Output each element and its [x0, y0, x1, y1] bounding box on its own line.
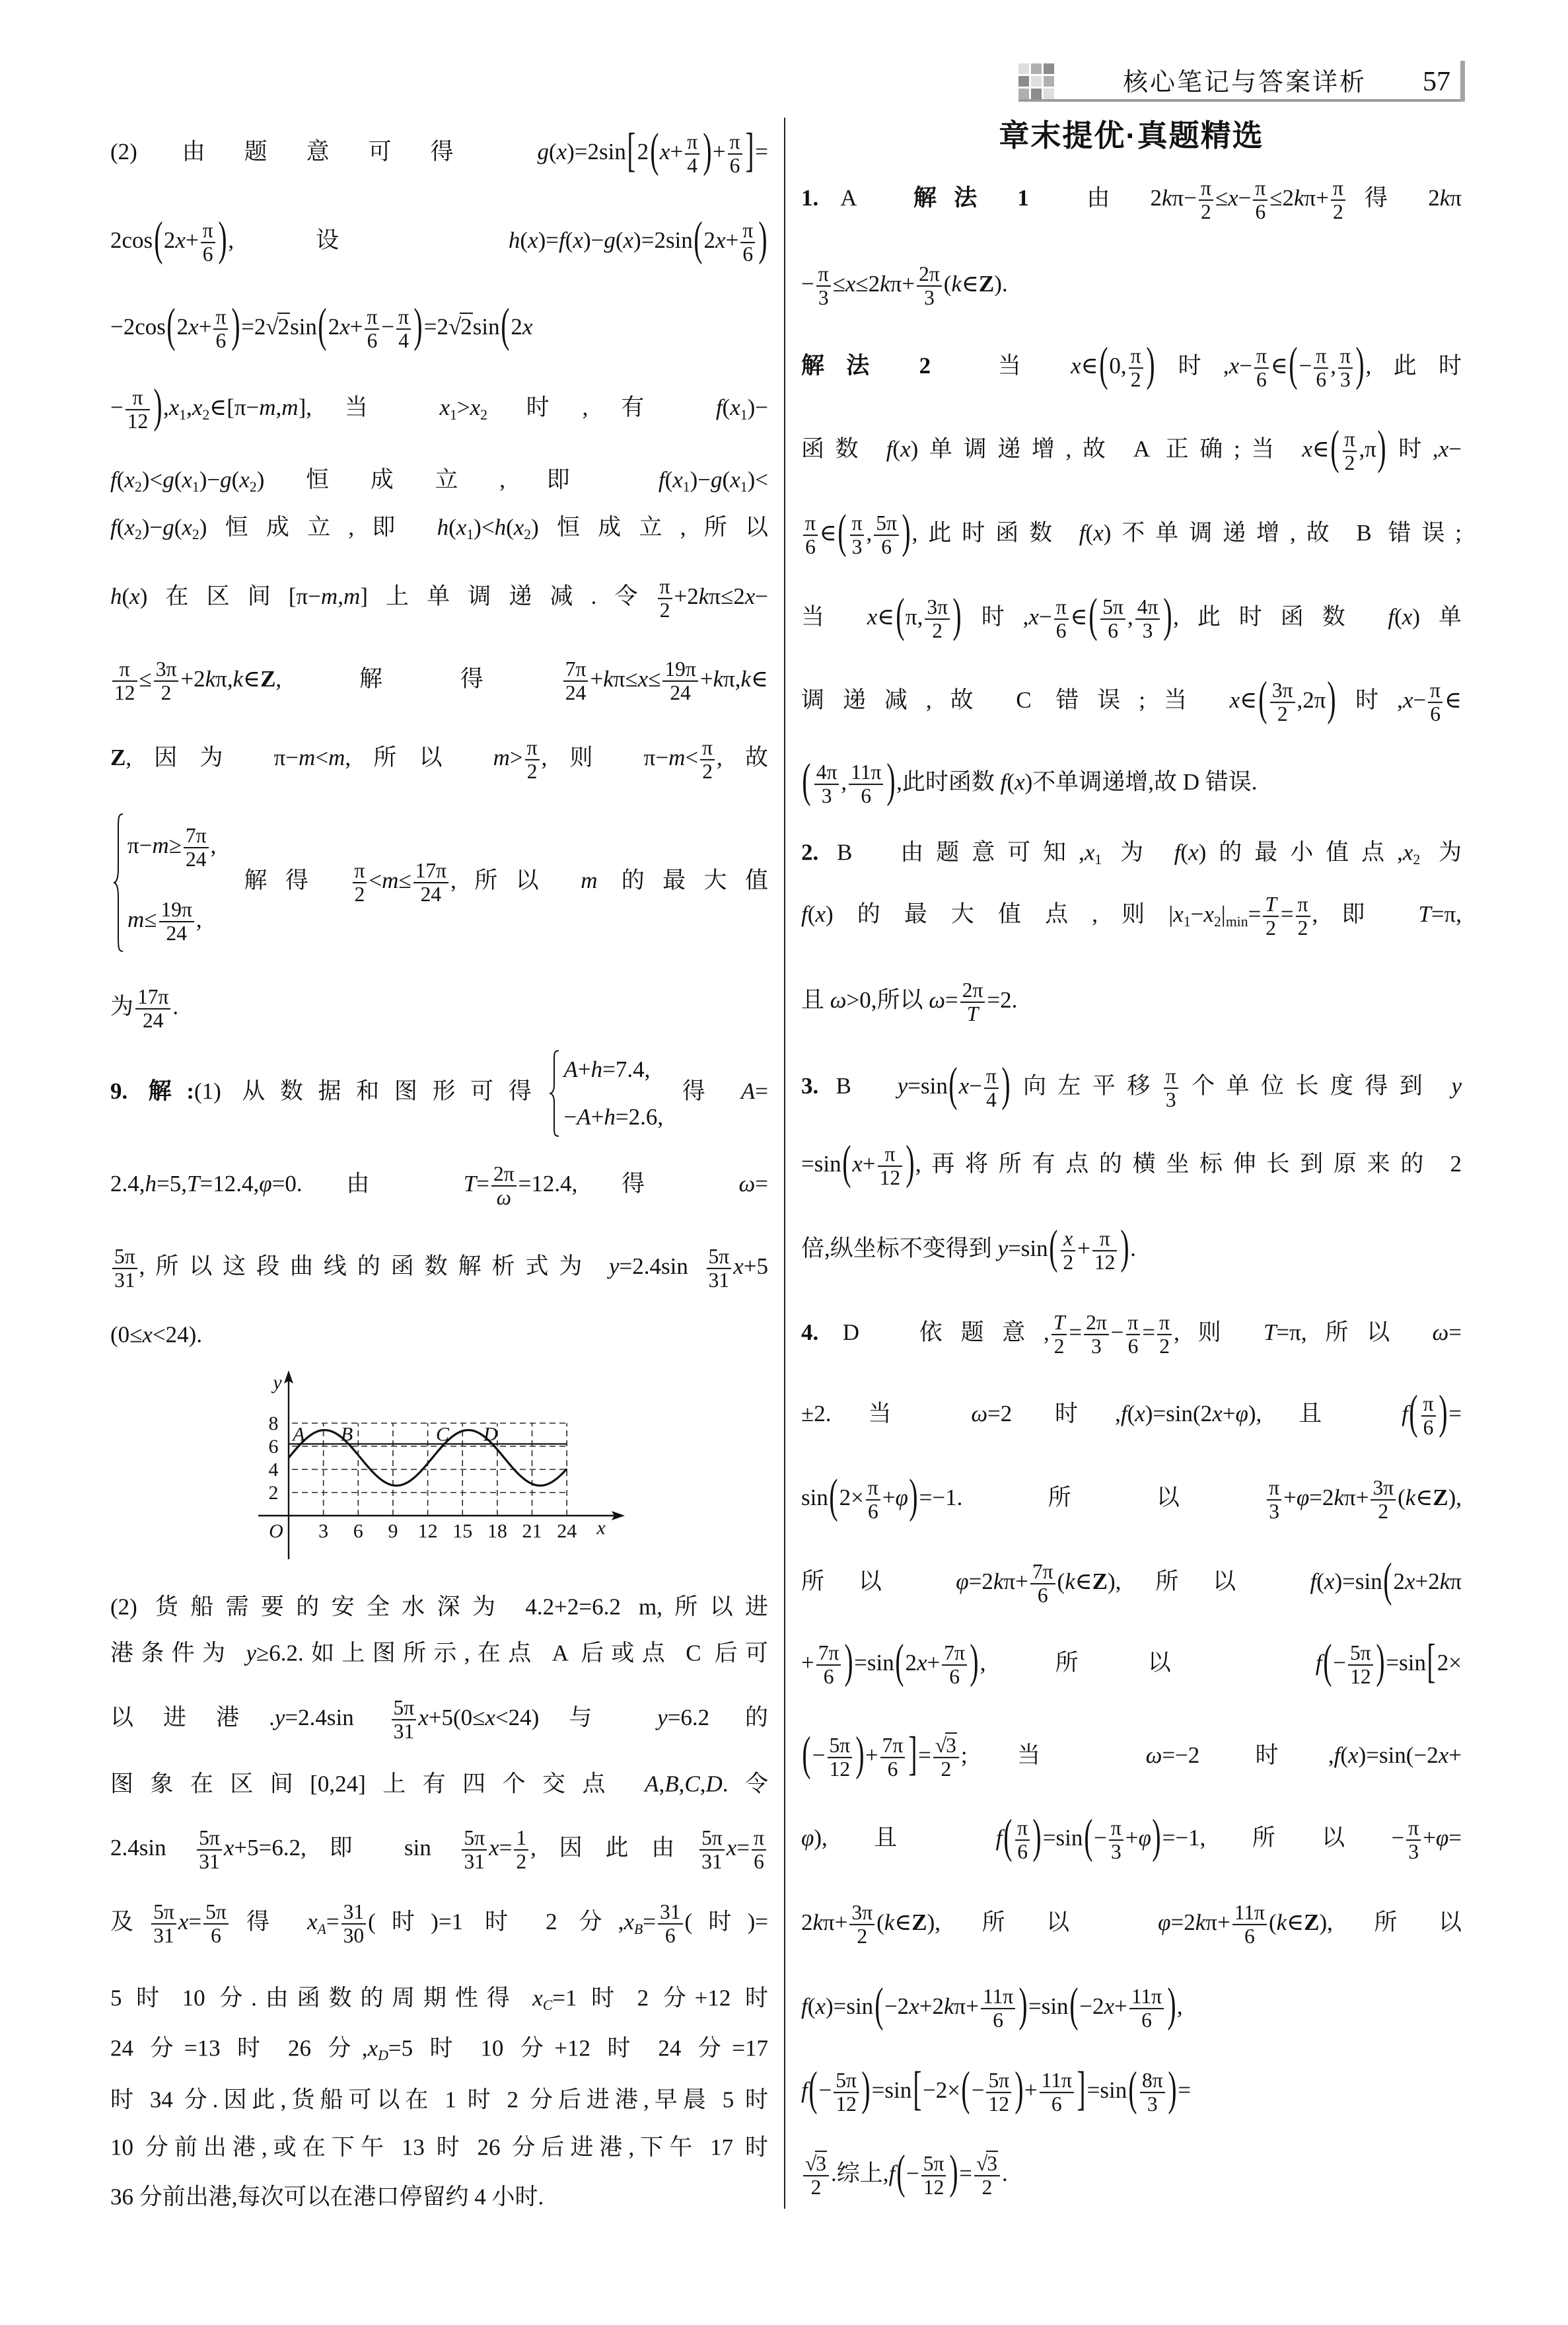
fraction: π6: [365, 307, 379, 351]
math-variable: x: [1135, 1401, 1145, 1426]
math-variable: k: [603, 666, 614, 692]
x-tick-label: 3: [318, 1520, 328, 1542]
math-variable: g: [537, 139, 549, 165]
math-variable: x: [638, 666, 649, 692]
math-variable: k: [233, 666, 244, 692]
intersection-label: A: [291, 1423, 305, 1445]
math-variable: φ: [1235, 1401, 1248, 1426]
fraction-denominator: 6: [1040, 2093, 1074, 2115]
fraction-numerator: T: [1051, 1312, 1067, 1335]
math-variable: x: [1212, 1401, 1223, 1426]
equation-row: π−m≥7π24,: [127, 813, 216, 879]
big-paren: ): [1163, 592, 1172, 640]
fraction-numerator: 3π: [1371, 1477, 1396, 1500]
big-paren: ): [153, 383, 162, 430]
fraction-numerator: π: [1164, 1066, 1178, 1089]
fraction-numerator: 7π: [816, 1642, 841, 1666]
fraction: π6: [752, 1827, 766, 1872]
big-paren: ): [1018, 1981, 1027, 2029]
fraction-numerator: 11π: [849, 762, 883, 785]
fraction-denominator: 6: [803, 536, 818, 558]
subscript: min: [1226, 914, 1248, 930]
big-bracket: [: [627, 127, 636, 174]
math-variable: f: [1174, 839, 1181, 865]
fraction-denominator: 2: [658, 599, 672, 621]
fraction-denominator: 3: [816, 287, 831, 309]
fraction-numerator: 7π: [942, 1642, 967, 1666]
fraction-denominator: 6: [1015, 1841, 1030, 1863]
text-line: =sin(x+π12),再将所有点的横坐标伸长到原来的 2: [801, 1142, 1462, 1190]
fraction: 5π6: [1100, 597, 1125, 642]
text-line: f(−5π12)=sin[−2×(−5π12)+11π6]=sin(8π3)=: [801, 2069, 1462, 2116]
fraction-denominator: 3: [1084, 1335, 1109, 1357]
big-paren: ): [1168, 2065, 1176, 2113]
math-variable: x: [224, 1835, 234, 1861]
math-variable: x: [1071, 353, 1081, 379]
math-variable: x: [1228, 185, 1238, 211]
text-line: 10 分前出港,或在下午 13 时 26 分后进港,下午 17 时: [110, 2132, 768, 2162]
fraction-denominator: 31: [699, 1851, 725, 1872]
fraction: √32: [803, 2153, 829, 2198]
fraction: π12: [878, 1144, 903, 1189]
text-line: f(x)的最大值点,则|x1−x2|min=T2=π2,即 T=π,: [801, 894, 1462, 939]
math-variable: A: [741, 1078, 755, 1104]
bold-text: Z: [110, 745, 125, 770]
x-tick-label: 6: [353, 1520, 363, 1542]
text-line: sin(2×π6+φ)=−1.所以π3+φ=2kπ+3π2(k∈Z),: [801, 1476, 1462, 1524]
big-paren: ): [844, 1638, 853, 1685]
big-paren: (: [1323, 1638, 1332, 1685]
math-variable: f: [1388, 604, 1394, 630]
big-paren: ): [1146, 341, 1155, 388]
text-line: 2cos(2x+π6),设 h(x)=f(x)−g(x)=2sin(2x+π6): [110, 219, 768, 266]
bold-text: Z: [1092, 1568, 1108, 1594]
math-variable: ω: [929, 987, 945, 1013]
fraction: 5π31: [197, 1827, 222, 1872]
fraction-numerator: π: [1406, 1818, 1421, 1841]
fraction: 5π12: [834, 2070, 859, 2115]
math-variable: m: [321, 583, 338, 609]
fraction-denominator: 12: [986, 2093, 1011, 2115]
math-variable: g: [220, 466, 232, 492]
math-variable: A: [645, 1771, 659, 1796]
fraction: 5π6: [203, 1901, 229, 1946]
math-variable: x: [1063, 1227, 1073, 1250]
big-paren: (: [874, 1981, 883, 2029]
fraction-numerator: 5π: [112, 1246, 137, 1269]
text-line: f(x)=sin(−2x+2kπ+11π6)=sin(−2x+11π6),: [801, 1985, 1462, 2032]
big-paren: (: [694, 215, 703, 263]
text-line: 港条件为 y≥6.2.如上图所示,在点 A 后或点 C 后可: [110, 1638, 768, 1668]
radical-sign-icon: √: [266, 314, 278, 340]
bold-text: 4.: [801, 1319, 818, 1345]
fraction: π6: [1253, 178, 1267, 223]
big-bracket: ]: [745, 127, 754, 174]
fraction-numerator: π: [1129, 346, 1143, 369]
big-paren: (: [167, 302, 176, 350]
bold-text: 解法 1: [913, 185, 1029, 211]
big-paren: (: [1289, 341, 1298, 388]
equation-row: A+h=7.4,: [563, 1050, 663, 1089]
subscript: 2: [1214, 914, 1221, 930]
big-paren: (: [949, 1061, 958, 1109]
math-variable: φ: [1158, 1909, 1170, 1935]
fraction-denominator: 6: [942, 1666, 967, 1687]
text-line: −π3≤x≤2kπ+2π3(k∈Z).: [801, 264, 1462, 309]
math-variable: x: [815, 1993, 826, 2019]
text-line: 倍,纵坐标不变得到 y=sin(x2+π12).: [801, 1227, 1462, 1274]
fraction-denominator: 31: [197, 1851, 222, 1872]
math-variable: f: [110, 466, 117, 492]
math-variable: f: [1334, 1742, 1341, 1768]
document-page: 核心笔记与答案详析 57 章末提优·真题精选 (2) 由题意可得 g(x)=2s…: [0, 0, 1568, 2325]
fraction-numerator: π: [1267, 1477, 1281, 1500]
math-variable: x: [1439, 436, 1449, 462]
fraction: 12: [514, 1827, 528, 1872]
fraction-numerator: 5π: [707, 1246, 732, 1269]
big-paren: ): [703, 127, 711, 174]
text-line: 9. 解:(1) 从数据和图形可得A+h=7.4,−A+h=2.6,得 A=: [110, 1050, 768, 1137]
radicand: 2: [460, 313, 473, 340]
math-variable: x: [192, 394, 203, 420]
math-variable: x: [715, 227, 726, 253]
math-variable: h: [591, 1056, 603, 1082]
fraction: 7π24: [184, 825, 209, 870]
math-variable: x: [532, 1985, 543, 2011]
fraction: 5π31: [151, 1901, 176, 1946]
fraction-numerator: 3π: [1270, 680, 1295, 703]
fraction: 3130: [341, 1901, 367, 1946]
fraction-numerator: 7π: [184, 825, 209, 848]
big-paren: ): [906, 1139, 914, 1187]
big-paren: ): [1033, 1813, 1042, 1861]
math-variable: ω: [1433, 1319, 1449, 1345]
fraction-denominator: 2: [700, 760, 715, 782]
subscript: 2: [135, 479, 142, 495]
math-variable: x: [900, 436, 911, 462]
fraction-denominator: 2: [1343, 452, 1357, 474]
big-paren: ): [1439, 1389, 1447, 1436]
fraction-denominator: 24: [563, 682, 588, 704]
math-variable: k: [713, 666, 724, 692]
fraction-denominator: 3: [1164, 1089, 1178, 1111]
math-variable: f: [110, 514, 117, 540]
text-line: 调递减,故 C 错误;当 x∈(3π2,2π)时,x−π6∈: [801, 679, 1462, 726]
subscript: 2: [1413, 852, 1420, 867]
subscript: 2: [135, 527, 142, 542]
math-variable: y: [609, 1253, 620, 1279]
fraction-denominator: 6: [880, 1758, 906, 1780]
math-variable: k: [951, 271, 962, 297]
series-water-depth: [289, 1430, 567, 1486]
math-variable: x: [142, 1321, 153, 1347]
fraction: π2: [1129, 346, 1143, 390]
math-variable: C: [684, 1771, 699, 1796]
radicand: 2: [277, 313, 291, 340]
text-line: 5π31,所以这段曲线的函数解析式为 y=2.4sin 5π31x+5: [110, 1246, 768, 1291]
subscript: 2: [202, 407, 209, 423]
fraction-numerator: π: [125, 387, 151, 410]
text-line: 以进港.y=2.4sin 5π31x+5(0≤x<24)与 y=6.2 的: [110, 1697, 768, 1742]
fraction-numerator: π: [752, 1827, 766, 1851]
math-variable: A: [577, 1104, 590, 1130]
bold-text: Z: [979, 271, 994, 297]
fraction: π2: [700, 737, 715, 782]
fraction: π6: [1314, 346, 1328, 390]
fraction-numerator: π: [1421, 1393, 1436, 1417]
fraction: 4π3: [1135, 597, 1160, 642]
fraction-denominator: 2: [1270, 703, 1295, 725]
math-variable: y: [1451, 1073, 1462, 1099]
math-variable: k: [993, 1568, 1004, 1594]
text-line: Z,因为 π−m<m,所以 m>π2,则 π−m<π2,故: [110, 737, 768, 782]
subscript: 1: [740, 407, 748, 423]
fraction: π3: [1109, 1818, 1123, 1863]
radicand: 3: [945, 1732, 957, 1757]
fraction-numerator: π: [1428, 680, 1443, 703]
fraction-numerator: π: [1343, 429, 1357, 452]
fraction-denominator: 2: [154, 682, 179, 704]
water-depth-figure: 24683691215182124OxyABCD: [244, 1361, 641, 1572]
math-variable: f: [996, 1825, 1003, 1851]
fraction-numerator: 2π: [491, 1163, 517, 1187]
fraction-numerator: π: [658, 576, 672, 599]
text-line: 4. D 依题意,T2=2π3−π6=π2,则 T=π,所以 ω=: [801, 1312, 1462, 1357]
fraction-numerator: 7π: [1030, 1561, 1055, 1584]
text-line: √32.综上,f(−5π12)=√32.: [801, 2152, 1462, 2199]
square-root: √3: [976, 2152, 998, 2175]
fraction-numerator: 17π: [413, 860, 448, 883]
fraction: 7π6: [816, 1642, 841, 1687]
math-variable: x: [522, 314, 533, 340]
math-variable: g: [604, 227, 616, 253]
column-divider: [784, 118, 785, 2209]
y-tick-label: 8: [269, 1413, 279, 1434]
math-variable: x: [124, 514, 135, 540]
fraction-denominator: 6: [1054, 620, 1069, 642]
fraction: 3π2: [1371, 1477, 1396, 1522]
math-variable: x: [514, 514, 524, 540]
math-variable: k: [944, 1993, 954, 2019]
math-variable: f: [559, 227, 565, 253]
big-paren: (: [650, 127, 659, 174]
subscript: 1: [192, 479, 199, 495]
fraction-denominator: 2: [353, 883, 367, 905]
fraction-numerator: 8π: [1140, 2070, 1165, 2093]
big-paren: ): [231, 302, 240, 350]
text-line: f(x2)−g(x2)恒成立,即 h(x1)<h(x2)恒成立,所以: [110, 512, 768, 542]
fraction: π12: [112, 659, 137, 704]
big-paren: (: [1331, 424, 1339, 472]
math-variable: x: [1403, 687, 1413, 713]
fraction-numerator: 5π: [828, 1735, 853, 1758]
square-root: √2: [266, 314, 290, 340]
math-variable: f: [801, 2077, 808, 2103]
math-variable: x: [1203, 901, 1214, 927]
math-variable: y: [998, 1236, 1009, 1261]
intersection-label: D: [483, 1423, 498, 1445]
text-line: 2kπ+3π2(k∈Z),所以 φ=2kπ+11π6(k∈Z),所以: [801, 1902, 1462, 1947]
fraction-denominator: 6: [740, 243, 755, 265]
text-line: 5 时 10 分.由函数的周期性得 xC=1 时 2 分+12 时: [110, 1983, 768, 2013]
fraction-denominator: 6: [1232, 1925, 1267, 1947]
fraction: 3π2: [849, 1902, 874, 1947]
text-line: −π12),x1,x2∈[π−m,m],当 x1>x2 时,有 f(x1)−: [110, 386, 768, 433]
math-variable: f: [1310, 1568, 1317, 1594]
text-line: 当 x∈(π,3π2)时,x−π6∈(5π6,4π3),此时函数 f(x)单: [801, 595, 1462, 643]
fraction-numerator: π: [740, 220, 755, 243]
math-variable: x: [867, 604, 878, 630]
fraction-denominator: 2: [1199, 201, 1213, 223]
fraction-numerator: π: [1331, 178, 1345, 201]
math-variable: m: [259, 394, 275, 420]
math-variable: h: [509, 227, 520, 253]
fraction-numerator: π: [1296, 894, 1310, 917]
fraction-denominator: 12: [1092, 1251, 1118, 1273]
fraction-numerator: 5π: [699, 1827, 725, 1851]
fraction: π6: [1428, 680, 1443, 725]
text-line: 解法 2 当 x∈(0,π2)时,x−π6∈(−π6,π3),此时: [801, 344, 1462, 392]
text-line: h(x)在区间[π−m,m]上单调递减.令π2+2kπ≤2x−: [110, 576, 768, 621]
text-line: f(x2)<g(x1)−g(x2)恒成立,即 f(x1)−g(x1)<: [110, 464, 768, 495]
fraction: π12: [1092, 1228, 1118, 1273]
fraction-denominator: 12: [834, 2093, 859, 2115]
big-paren: (: [1258, 675, 1267, 723]
math-variable: φ: [1297, 1485, 1309, 1510]
big-bracket: ]: [1077, 2065, 1086, 2113]
fraction-numerator: T: [1263, 894, 1279, 917]
fraction: π6: [1126, 1312, 1141, 1357]
fraction-numerator: 2π: [917, 264, 942, 287]
math-variable: D: [706, 1771, 723, 1796]
math-variable: ω: [971, 1401, 987, 1426]
big-paren: ): [758, 215, 767, 263]
fraction-denominator: 6: [1126, 1335, 1141, 1357]
text-line: 2.4,h=5,T=12.4,φ=0.由 T=2πω=12.4,得 ω=: [110, 1163, 768, 1208]
fraction: π6: [740, 220, 755, 265]
intersection-label: B: [341, 1423, 353, 1445]
big-paren: ): [1356, 341, 1365, 388]
fraction-numerator: √3: [933, 1735, 959, 1758]
math-variable: k: [205, 666, 216, 692]
math-variable: f: [659, 466, 665, 492]
fraction-numerator: 5π: [203, 1901, 229, 1925]
math-variable: y: [246, 1640, 256, 1666]
fraction-denominator: 2: [1061, 1251, 1075, 1273]
fraction: 5π31: [699, 1827, 725, 1872]
math-variable: ω: [830, 987, 847, 1013]
math-variable: ω: [1146, 1742, 1162, 1768]
fraction-numerator: π: [700, 737, 715, 760]
fraction-numerator: π: [1126, 1312, 1141, 1335]
fraction-numerator: π: [685, 131, 699, 155]
math-variable: f: [1079, 520, 1086, 546]
fraction: π6: [866, 1477, 880, 1522]
fraction-denominator: 24: [662, 682, 697, 704]
fraction-numerator: π: [878, 1144, 903, 1167]
math-variable: x: [745, 583, 756, 609]
math-variable: g: [162, 514, 174, 540]
fraction-denominator: 6: [866, 1500, 880, 1522]
fraction: 5π31: [462, 1827, 487, 1872]
big-paren: ): [902, 508, 911, 556]
fraction: π3: [1267, 1477, 1281, 1522]
x-tick-label: 18: [487, 1520, 507, 1542]
fraction: π2: [1157, 1312, 1172, 1357]
fraction-numerator: 5π: [1100, 597, 1125, 620]
equation-system: π−m≥7π24,m≤19π24,: [113, 813, 216, 953]
big-paren: ): [909, 1473, 918, 1520]
math-variable: k: [741, 666, 752, 692]
math-variable: h: [145, 1171, 157, 1197]
math-variable: T: [464, 1171, 476, 1197]
math-variable: x: [439, 394, 450, 420]
fraction-denominator: 2: [974, 2176, 1000, 2198]
fraction: 11π6: [1040, 2070, 1074, 2115]
math-variable: k: [1195, 1909, 1206, 1935]
text-line: 所以 φ=2kπ+7π6(k∈Z),所以 f(x)=sin(2x+2kπ: [801, 1560, 1462, 1607]
fraction-denominator: 6: [201, 243, 215, 265]
fraction: 7π6: [942, 1642, 967, 1687]
math-variable: x: [1439, 1742, 1449, 1768]
big-paren: (: [501, 302, 509, 350]
math-variable: m: [127, 906, 144, 932]
fraction-denominator: 3: [1338, 369, 1353, 390]
text-line: 为17π24.: [110, 986, 768, 1031]
big-paren: ): [218, 215, 227, 263]
fraction: √32: [974, 2153, 1000, 2198]
big-paren: ): [953, 592, 962, 640]
subscript: A: [318, 1921, 326, 1937]
big-paren: ): [886, 757, 895, 805]
math-variable: x: [182, 466, 192, 492]
fraction-denominator: 24: [135, 1010, 170, 1031]
big-paren: ): [1327, 675, 1336, 723]
bold-text: Z: [1304, 1909, 1319, 1935]
fraction: 5π31: [392, 1697, 417, 1742]
text-line: 3. B y=sin(x−π4)向左平移π3个单位长度得到 y: [801, 1064, 1462, 1112]
radicand: 3: [986, 2151, 998, 2175]
math-variable: k: [813, 1909, 824, 1935]
fraction: 5π12: [1348, 1642, 1373, 1687]
fraction-numerator: 11π: [981, 1986, 1015, 2009]
fraction: π3: [1164, 1066, 1178, 1111]
fraction-denominator: 6: [752, 1851, 766, 1872]
y-tick-label: 4: [269, 1459, 279, 1481]
math-variable: k: [1277, 1909, 1287, 1935]
fraction: 17π24: [413, 860, 448, 905]
bold-text: Z: [911, 1909, 927, 1935]
fraction-numerator: √3: [974, 2153, 1000, 2176]
equation-row: m≤19π24,: [127, 887, 216, 953]
fraction: 11π6: [1232, 1902, 1267, 1947]
fraction-denominator: 31: [392, 1720, 417, 1742]
fraction: T2: [1263, 894, 1279, 939]
fraction: π2: [1199, 178, 1213, 223]
math-variable: x: [1324, 1568, 1335, 1594]
fraction-numerator: π: [365, 307, 379, 330]
fraction: π12: [125, 387, 151, 432]
big-paren: ): [970, 1638, 979, 1685]
fraction-denominator: 4: [396, 330, 411, 351]
fraction: π2: [1296, 894, 1310, 939]
big-paren: (: [1099, 341, 1108, 388]
fraction: π2: [525, 737, 540, 782]
math-variable: x: [307, 1909, 318, 1935]
big-paren: (: [1049, 1224, 1057, 1271]
fraction-numerator: 5π: [197, 1827, 222, 1851]
math-variable: x: [1028, 604, 1039, 630]
